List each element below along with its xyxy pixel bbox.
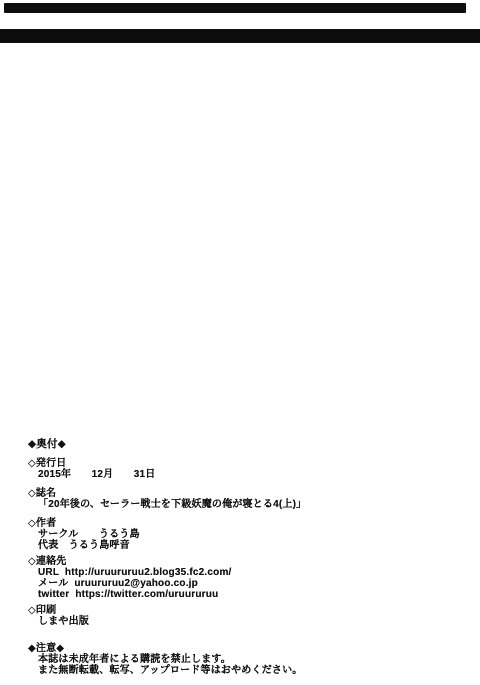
page-title: ◆奥付◆ bbox=[28, 438, 458, 450]
scan-artifact-bar-top bbox=[4, 3, 466, 13]
twitter-line: twitter https://twitter.com/uruururuu bbox=[28, 589, 458, 600]
section-contact: ◇連絡先 URL http://uruururuu2.blog35.fc2.co… bbox=[28, 556, 458, 600]
section-printer: ◇印刷 しまや出版 bbox=[28, 605, 458, 627]
contact-heading: ◇連絡先 bbox=[28, 556, 458, 567]
circle-name-line: サークル うるう島 bbox=[28, 529, 458, 540]
publication-date-heading: ◇発行日 bbox=[28, 458, 458, 469]
printer-heading: ◇印刷 bbox=[28, 605, 458, 616]
scanned-colophon-page: ◆奥付◆ ◇発行日 2015年 12月 31日 ◇誌名 「20年後の、セーラー戦… bbox=[0, 0, 480, 685]
publication-date-value: 2015年 12月 31日 bbox=[28, 469, 458, 480]
url-line: URL http://uruururuu2.blog35.fc2.com/ bbox=[28, 567, 458, 578]
email-line: メール uruururuu2@yahoo.co.jp bbox=[28, 578, 458, 589]
book-title-heading: ◇誌名 bbox=[28, 488, 458, 499]
section-author: ◇作者 サークル うるう島 代表 うるう島呼音 bbox=[28, 518, 458, 551]
notice-line-no-repost: また無断転載、転写、アップロード等はおやめください。 bbox=[28, 665, 458, 676]
author-heading: ◇作者 bbox=[28, 518, 458, 529]
colophon: ◆奥付◆ ◇発行日 2015年 12月 31日 ◇誌名 「20年後の、セーラー戦… bbox=[28, 438, 458, 676]
section-publication-date: ◇発行日 2015年 12月 31日 bbox=[28, 458, 458, 480]
notice-heading: ◆注意◆ bbox=[28, 643, 458, 654]
representative-line: 代表 うるう島呼音 bbox=[28, 540, 458, 551]
book-title-value: 「20年後の、セーラー戦士を下級妖魔の俺が寝とる4(上)」 bbox=[28, 499, 458, 510]
scan-artifact-bar-second bbox=[0, 29, 480, 43]
section-notice: ◆注意◆ 本誌は未成年者による購読を禁止します。 また無断転載、転写、アップロー… bbox=[28, 643, 458, 676]
section-book-title: ◇誌名 「20年後の、セーラー戦士を下級妖魔の俺が寝とる4(上)」 bbox=[28, 488, 458, 510]
notice-line-adult-only: 本誌は未成年者による購読を禁止します。 bbox=[28, 654, 458, 665]
printer-name-line: しまや出版 bbox=[28, 616, 458, 627]
